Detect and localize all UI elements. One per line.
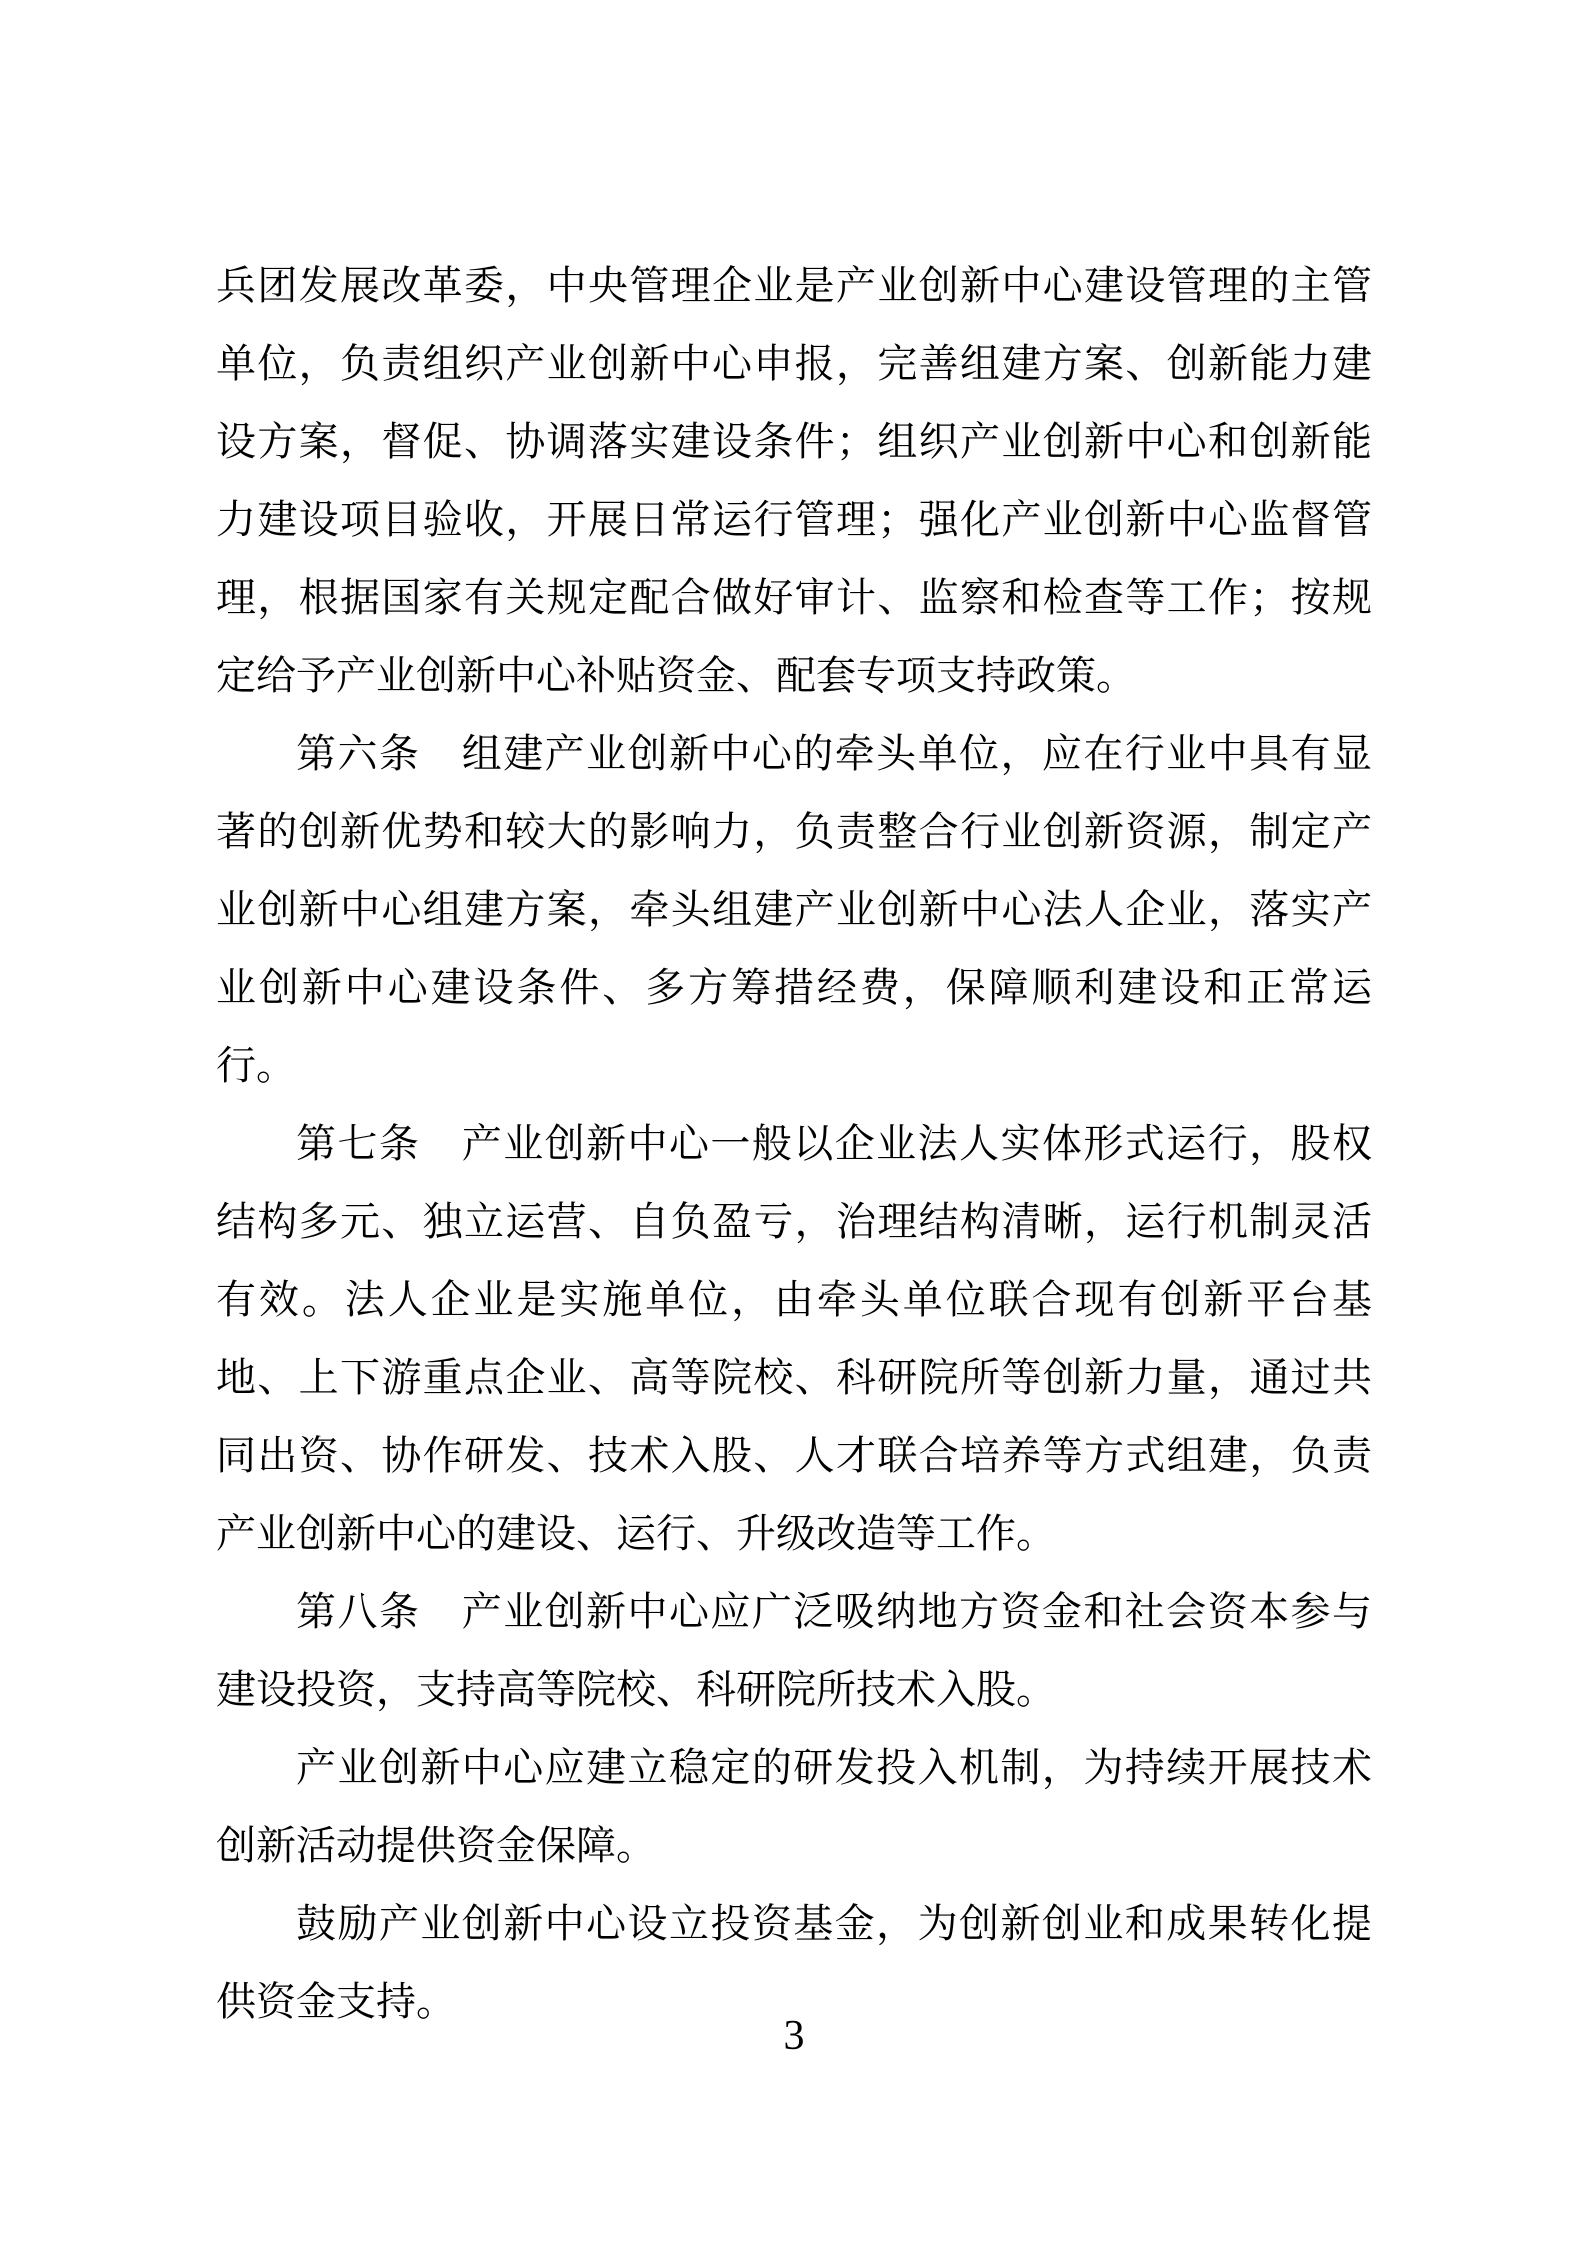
paragraph-article-8: 第八条 产业创新中心应广泛吸纳地方资金和社会资本参与建设投资，支持高等院校、科研… (216, 1573, 1372, 1729)
paragraph-continuation: 兵团发展改革委，中央管理企业是产业创新中心建设管理的主管单位，负责组织产业创新中… (216, 247, 1372, 715)
paragraph-article-6: 第六条 组建产业创新中心的牵头单位，应在行业中具有显著的创新优势和较大的影响力，… (216, 715, 1372, 1105)
page-number: 3 (216, 2012, 1372, 2060)
document-body: 兵团发展改革委，中央管理企业是产业创新中心建设管理的主管单位，负责组织产业创新中… (216, 247, 1372, 2041)
paragraph-article-7: 第七条 产业创新中心一般以企业法人实体形式运行，股权结构多元、独立运营、自负盈亏… (216, 1105, 1372, 1573)
paragraph-article-8-cont-1: 产业创新中心应建立稳定的研发投入机制，为持续开展技术创新活动提供资金保障。 (216, 1729, 1372, 1885)
document-page: 兵团发展改革委，中央管理企业是产业创新中心建设管理的主管单位，负责组织产业创新中… (0, 0, 1587, 2245)
